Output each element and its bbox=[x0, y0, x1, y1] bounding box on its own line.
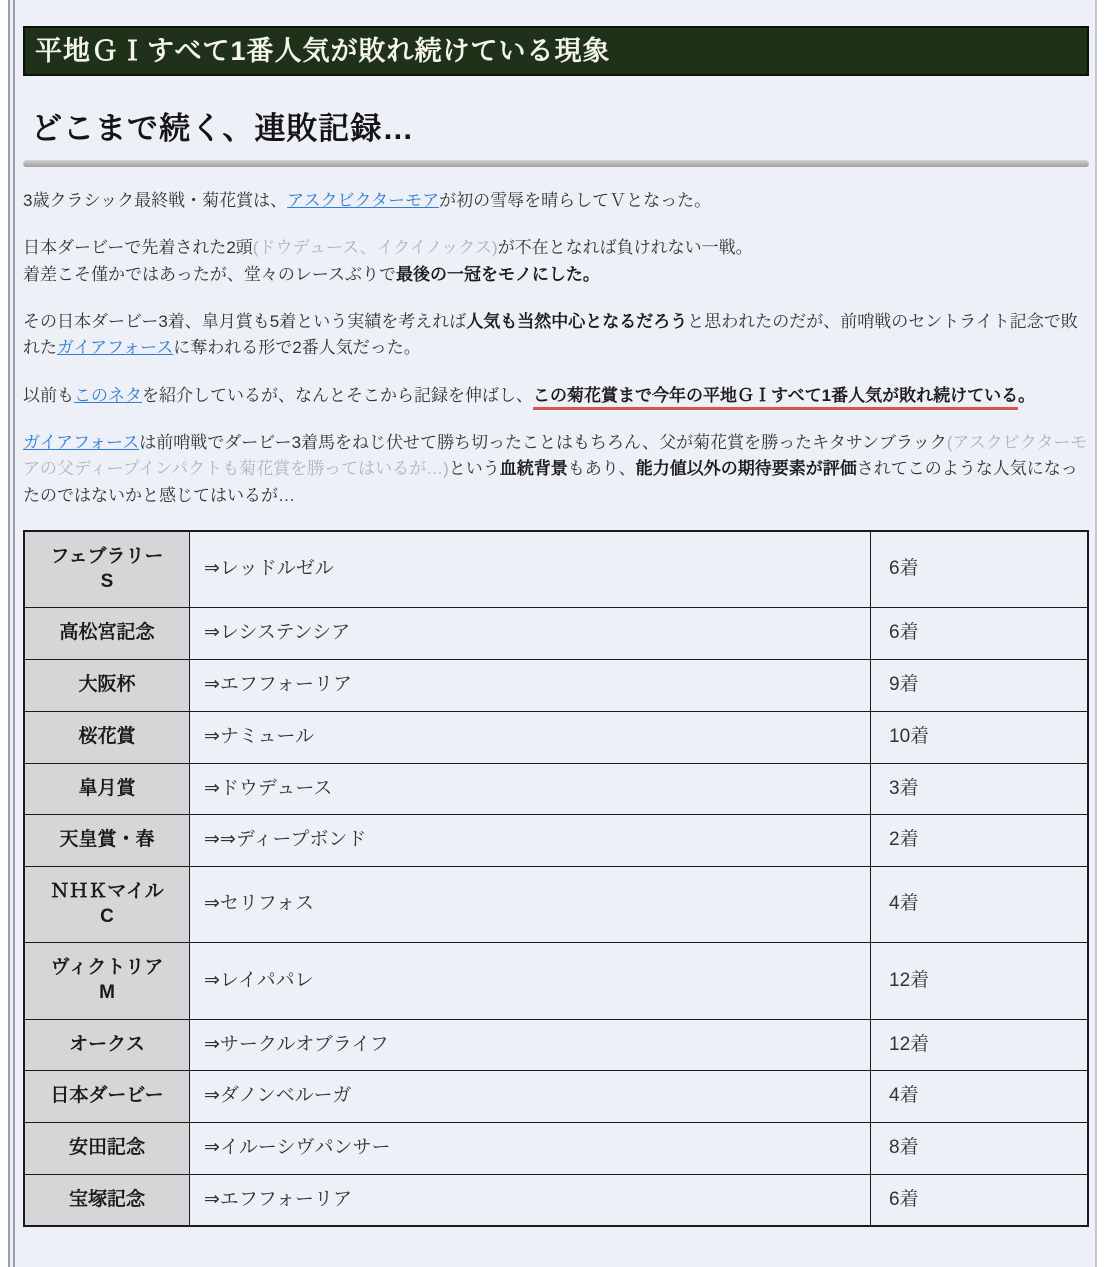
table-row: ヴィクトリア M⇒レイパパレ12着 bbox=[24, 943, 1088, 1019]
text-run: その日本ダービー3着、皐月賞も5着という実績を考えれば bbox=[23, 312, 466, 331]
table-row: ＮＨＫマイル C⇒セリフォス4着 bbox=[24, 866, 1088, 942]
result-cell: 10着 bbox=[871, 711, 1089, 763]
race-name-cell: 宝塚記念 bbox=[24, 1174, 190, 1226]
entry-body: 3歳クラシック最終戦・菊花賞は、アスクビクターモアが初の雪辱を晴らしてＶとなった… bbox=[23, 188, 1089, 509]
race-name-cell: ＮＨＫマイル C bbox=[24, 866, 190, 942]
text-run: 以前も bbox=[23, 386, 74, 405]
paragraph: その日本ダービー3着、皐月賞も5着という実績を考えれば人気も当然中心となるだろう… bbox=[23, 309, 1089, 362]
favorite-horse-cell: ⇒セリフォス bbox=[190, 866, 871, 942]
favorite-horse-cell: ⇒エフフォーリア bbox=[190, 1174, 871, 1226]
inline-link[interactable]: ガイアフォース bbox=[57, 338, 173, 357]
table-row: 安田記念⇒イルーシヴパンサー8着 bbox=[24, 1123, 1088, 1175]
text-run: という bbox=[449, 459, 500, 478]
result-cell: 6着 bbox=[871, 531, 1089, 608]
result-cell: 12着 bbox=[871, 1019, 1089, 1071]
favorite-horse-cell: ⇒ドウデュース bbox=[190, 763, 871, 815]
race-name-cell: ヴィクトリア M bbox=[24, 943, 190, 1019]
text-run: 日本ダービーで先着された2頭 bbox=[23, 238, 253, 257]
table-row: 皐月賞⇒ドウデュース3着 bbox=[24, 763, 1088, 815]
entry-title: どこまで続く、連敗記録… bbox=[31, 103, 1089, 148]
table-row: 桜花賞⇒ナミュール10着 bbox=[24, 711, 1088, 763]
text-run: 人気も当然中心となるだろう bbox=[466, 312, 687, 331]
text-run: が不在となれば負けれない一戦。 bbox=[498, 238, 753, 257]
race-name-cell: 皐月賞 bbox=[24, 763, 190, 815]
text-run: 血統背景 bbox=[500, 459, 568, 478]
result-cell: 6着 bbox=[871, 608, 1089, 660]
favorite-horse-cell: ⇒イルーシヴパンサー bbox=[190, 1123, 871, 1175]
favorite-horse-cell: ⇒エフフォーリア bbox=[190, 660, 871, 712]
race-name-cell: 安田記念 bbox=[24, 1123, 190, 1175]
result-cell: 4着 bbox=[871, 866, 1089, 942]
favorite-horse-cell: ⇒レイパパレ bbox=[190, 943, 871, 1019]
result-cell: 3着 bbox=[871, 763, 1089, 815]
paragraph: 3歳クラシック最終戦・菊花賞は、アスクビクターモアが初の雪辱を晴らしてＶとなった… bbox=[23, 188, 1089, 214]
race-name-cell: 大阪杯 bbox=[24, 660, 190, 712]
table-row: 宝塚記念⇒エフフォーリア6着 bbox=[24, 1174, 1088, 1226]
g1-results-table: フェブラリー S⇒レッドルゼル6着高松宮記念⇒レシステンシア6着大阪杯⇒エフフォ… bbox=[23, 530, 1089, 1227]
text-run: に奪われる形で2番人気だった。 bbox=[173, 338, 420, 357]
g1-results-table-body: フェブラリー S⇒レッドルゼル6着高松宮記念⇒レシステンシア6着大阪杯⇒エフフォ… bbox=[24, 531, 1088, 1226]
race-name-cell: 高松宮記念 bbox=[24, 608, 190, 660]
text-run: 。 bbox=[1018, 386, 1035, 405]
text-run: この菊花賞まで今年の平地ＧＩすべて1番人気が敗れ続けている bbox=[533, 386, 1018, 410]
entry-category-title: 平地ＧＩすべて1番人気が敗れ続けている現象 bbox=[35, 36, 610, 66]
text-run: を紹介しているが、なんとそこから記録を伸ばし、 bbox=[142, 386, 533, 405]
inline-link[interactable]: このネタ bbox=[74, 386, 142, 405]
result-cell: 4着 bbox=[871, 1071, 1089, 1123]
text-run: は前哨戦でダービー3着馬をねじ伏せて勝ち切ったことはもちろん、父が菊花賞を勝った… bbox=[139, 433, 946, 452]
favorite-horse-cell: ⇒サークルオブライフ bbox=[190, 1019, 871, 1071]
inline-link[interactable]: アスクビクターモア bbox=[287, 191, 439, 210]
text-run: が初の雪辱を晴らしてＶとなった。 bbox=[439, 191, 711, 210]
paragraph: ガイアフォースは前哨戦でダービー3着馬をねじ伏せて勝ち切ったことはもちろん、父が… bbox=[23, 430, 1089, 509]
table-row: 大阪杯⇒エフフォーリア9着 bbox=[24, 660, 1088, 712]
table-row: 高松宮記念⇒レシステンシア6着 bbox=[24, 608, 1088, 660]
race-name-cell: 日本ダービー bbox=[24, 1071, 190, 1123]
favorite-horse-cell: ⇒ダノンベルーガ bbox=[190, 1071, 871, 1123]
race-name-cell: フェブラリー S bbox=[24, 531, 190, 608]
table-row: 天皇賞・春⇒⇒ディープボンド2着 bbox=[24, 815, 1088, 867]
title-divider bbox=[23, 160, 1089, 167]
result-cell: 2着 bbox=[871, 815, 1089, 867]
text-run: 能力値以外の期待要素が評価 bbox=[636, 459, 857, 478]
entry-category-bar: 平地ＧＩすべて1番人気が敗れ続けている現象 bbox=[23, 26, 1089, 76]
table-row: 日本ダービー⇒ダノンベルーガ4着 bbox=[24, 1071, 1088, 1123]
text-run: 最後の一冠をモノにした。 bbox=[396, 265, 600, 284]
favorite-horse-cell: ⇒レシステンシア bbox=[190, 608, 871, 660]
inline-link[interactable]: ガイアフォース bbox=[23, 433, 139, 452]
race-name-cell: 天皇賞・春 bbox=[24, 815, 190, 867]
favorite-horse-cell: ⇒⇒ディープボンド bbox=[190, 815, 871, 867]
blog-article: 平地ＧＩすべて1番人気が敗れ続けている現象 どこまで続く、連敗記録… 3歳クラシ… bbox=[8, 0, 1097, 1267]
result-cell: 6着 bbox=[871, 1174, 1089, 1226]
paragraph: 日本ダービーで先着された2頭(ドウデュース、イクイノックス)が不在となれば負けれ… bbox=[23, 235, 1089, 288]
result-cell: 12着 bbox=[871, 943, 1089, 1019]
favorite-horse-cell: ⇒レッドルゼル bbox=[190, 531, 871, 608]
result-cell: 8着 bbox=[871, 1123, 1089, 1175]
favorite-horse-cell: ⇒ナミュール bbox=[190, 711, 871, 763]
text-run: もあり、 bbox=[568, 459, 636, 478]
text-run: (ドウデュース、イクイノックス) bbox=[253, 238, 498, 257]
paragraph: 以前もこのネタを紹介しているが、なんとそこから記録を伸ばし、この菊花賞まで今年の… bbox=[23, 383, 1089, 409]
text-run: 3歳クラシック最終戦・菊花賞は、 bbox=[23, 191, 287, 210]
result-cell: 9着 bbox=[871, 660, 1089, 712]
text-run: 着差こそ僅かではあったが、堂々のレースぶりで bbox=[23, 265, 396, 284]
table-row: フェブラリー S⇒レッドルゼル6着 bbox=[24, 531, 1088, 608]
table-row: オークス⇒サークルオブライフ12着 bbox=[24, 1019, 1088, 1071]
race-name-cell: オークス bbox=[24, 1019, 190, 1071]
race-name-cell: 桜花賞 bbox=[24, 711, 190, 763]
